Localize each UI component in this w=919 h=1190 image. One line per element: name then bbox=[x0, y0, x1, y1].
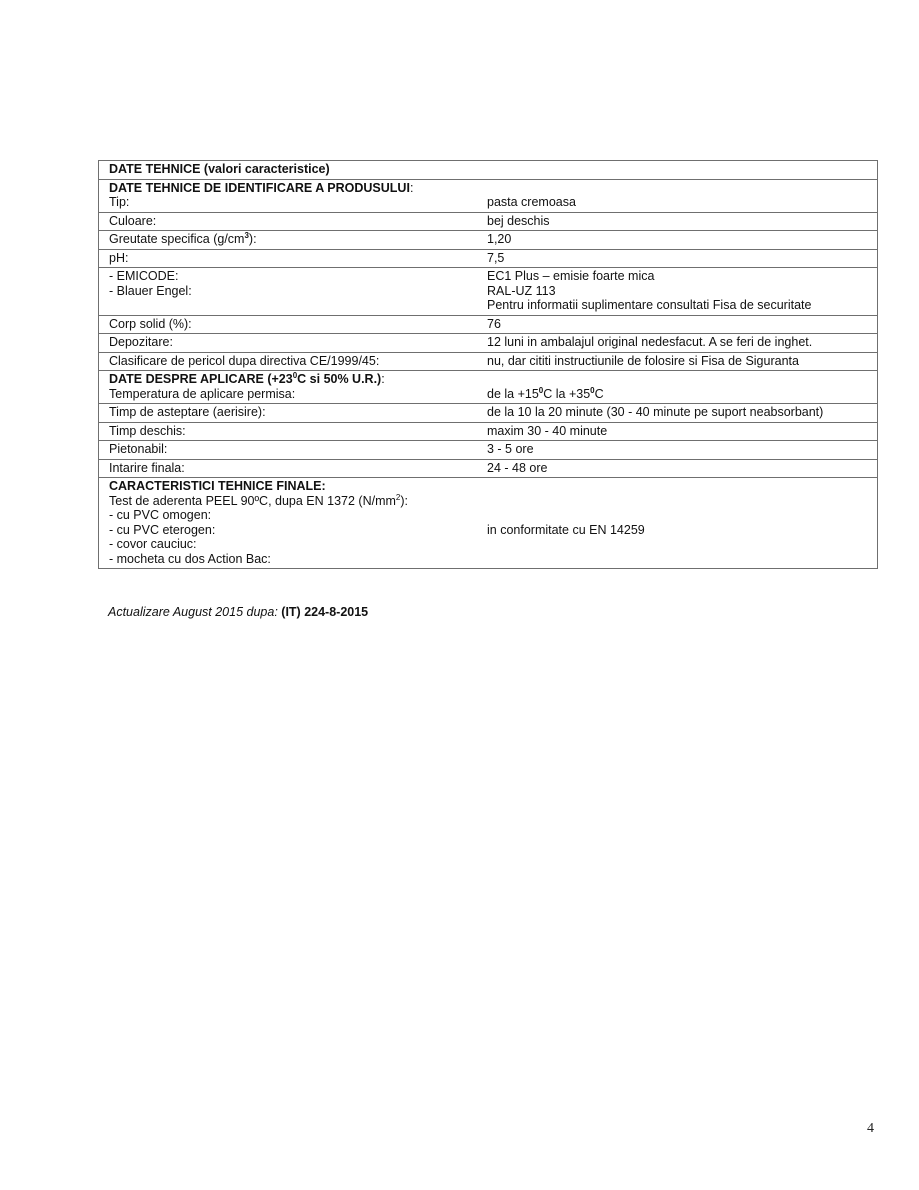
label-mocheta: - mocheta cu dos Action Bac: bbox=[109, 552, 477, 567]
label-corp-solid: Corp solid (%): bbox=[99, 316, 477, 334]
table-title: DATE TEHNICE (valori caracteristice) bbox=[99, 161, 877, 179]
label-tip: Tip: bbox=[109, 195, 477, 210]
label-test-aderenta: Test de aderenta PEEL 90ºC, dupa EN 1372… bbox=[109, 494, 477, 509]
label-temperatura: Temperatura de aplicare permisa: bbox=[109, 387, 477, 402]
page-number: 4 bbox=[867, 1121, 874, 1137]
table-row-temperatura: DATE DESPRE APLICARE (+230C si 50% U.R.)… bbox=[99, 370, 877, 403]
table-row-greutate: Greutate specifica (g/cm3): 1,20 bbox=[99, 230, 877, 249]
table-title-row: DATE TEHNICE (valori caracteristice) bbox=[99, 161, 877, 179]
table-row-ph: pH: 7,5 bbox=[99, 249, 877, 268]
section-heading-identification: DATE TEHNICE DE IDENTIFICARE A PRODUSULU… bbox=[109, 181, 477, 196]
table-row-pietonabil: Pietonabil: 3 - 5 ore bbox=[99, 440, 877, 459]
value-pietonabil: 3 - 5 ore bbox=[477, 441, 877, 459]
label-certifications: - EMICODE: - Blauer Engel: bbox=[99, 268, 477, 315]
value-clasificare: nu, dar cititi instructiunile de folosir… bbox=[477, 353, 877, 371]
label-pietonabil: Pietonabil: bbox=[99, 441, 477, 459]
label-pvc-eterogen: - cu PVC eterogen: bbox=[109, 523, 477, 538]
value-asteptare: de la 10 la 20 minute (30 - 40 minute pe… bbox=[477, 404, 877, 422]
table-row-corp-solid: Corp solid (%): 76 bbox=[99, 315, 877, 334]
label-asteptare: Timp de asteptare (aerisire): bbox=[99, 404, 477, 422]
label-deschis: Timp deschis: bbox=[99, 423, 477, 441]
value-temperatura: de la +150C la +350C bbox=[487, 387, 877, 402]
value-tip: pasta cremoasa bbox=[487, 195, 877, 210]
table-row-culoare: Culoare: bej deschis bbox=[99, 212, 877, 231]
table-row-tip: DATE TEHNICE DE IDENTIFICARE A PRODUSULU… bbox=[99, 179, 877, 212]
value-deschis: maxim 30 - 40 minute bbox=[477, 423, 877, 441]
update-note-reference: (IT) 224-8-2015 bbox=[281, 605, 368, 619]
value-culoare: bej deschis bbox=[477, 213, 877, 231]
table-row-clasificare: Clasificare de pericol dupa directiva CE… bbox=[99, 352, 877, 371]
label-pvc-omogen: - cu PVC omogen: bbox=[109, 508, 477, 523]
update-note-text: Actualizare August 2015 dupa: bbox=[108, 605, 278, 619]
label-intarire: Intarire finala: bbox=[99, 460, 477, 478]
table-row-intarire: Intarire finala: 24 - 48 ore bbox=[99, 459, 877, 478]
label-depozitare: Depozitare: bbox=[99, 334, 477, 352]
table-row-asteptare: Timp de asteptare (aerisire): de la 10 l… bbox=[99, 403, 877, 422]
label-greutate: Greutate specifica (g/cm3): bbox=[99, 231, 477, 249]
value-conformitate: in conformitate cu EN 14259 bbox=[487, 523, 877, 538]
update-note: Actualizare August 2015 dupa: (IT) 224-8… bbox=[108, 605, 368, 619]
table-row-final-characteristics: CARACTERISTICI TEHNICE FINALE: Test de a… bbox=[99, 477, 877, 568]
value-greutate: 1,20 bbox=[477, 231, 877, 249]
table-row-deschis: Timp deschis: maxim 30 - 40 minute bbox=[99, 422, 877, 441]
label-clasificare: Clasificare de pericol dupa directiva CE… bbox=[99, 353, 477, 371]
label-ph: pH: bbox=[99, 250, 477, 268]
table-row-emicode: - EMICODE: - Blauer Engel: EC1 Plus – em… bbox=[99, 267, 877, 315]
value-corp-solid: 76 bbox=[477, 316, 877, 334]
value-intarire: 24 - 48 ore bbox=[477, 460, 877, 478]
technical-data-table: DATE TEHNICE (valori caracteristice) DAT… bbox=[98, 160, 878, 569]
section-heading-application: DATE DESPRE APLICARE (+230C si 50% U.R.)… bbox=[109, 372, 477, 387]
label-culoare: Culoare: bbox=[99, 213, 477, 231]
table-row-depozitare: Depozitare: 12 luni in ambalajul origina… bbox=[99, 333, 877, 352]
label-covor-cauciuc: - covor cauciuc: bbox=[109, 537, 477, 552]
value-ph: 7,5 bbox=[477, 250, 877, 268]
value-depozitare: 12 luni in ambalajul original nedesfacut… bbox=[477, 334, 877, 352]
value-certifications: EC1 Plus – emisie foarte mica RAL-UZ 113… bbox=[477, 268, 877, 315]
section-heading-final: CARACTERISTICI TEHNICE FINALE: bbox=[109, 479, 477, 494]
